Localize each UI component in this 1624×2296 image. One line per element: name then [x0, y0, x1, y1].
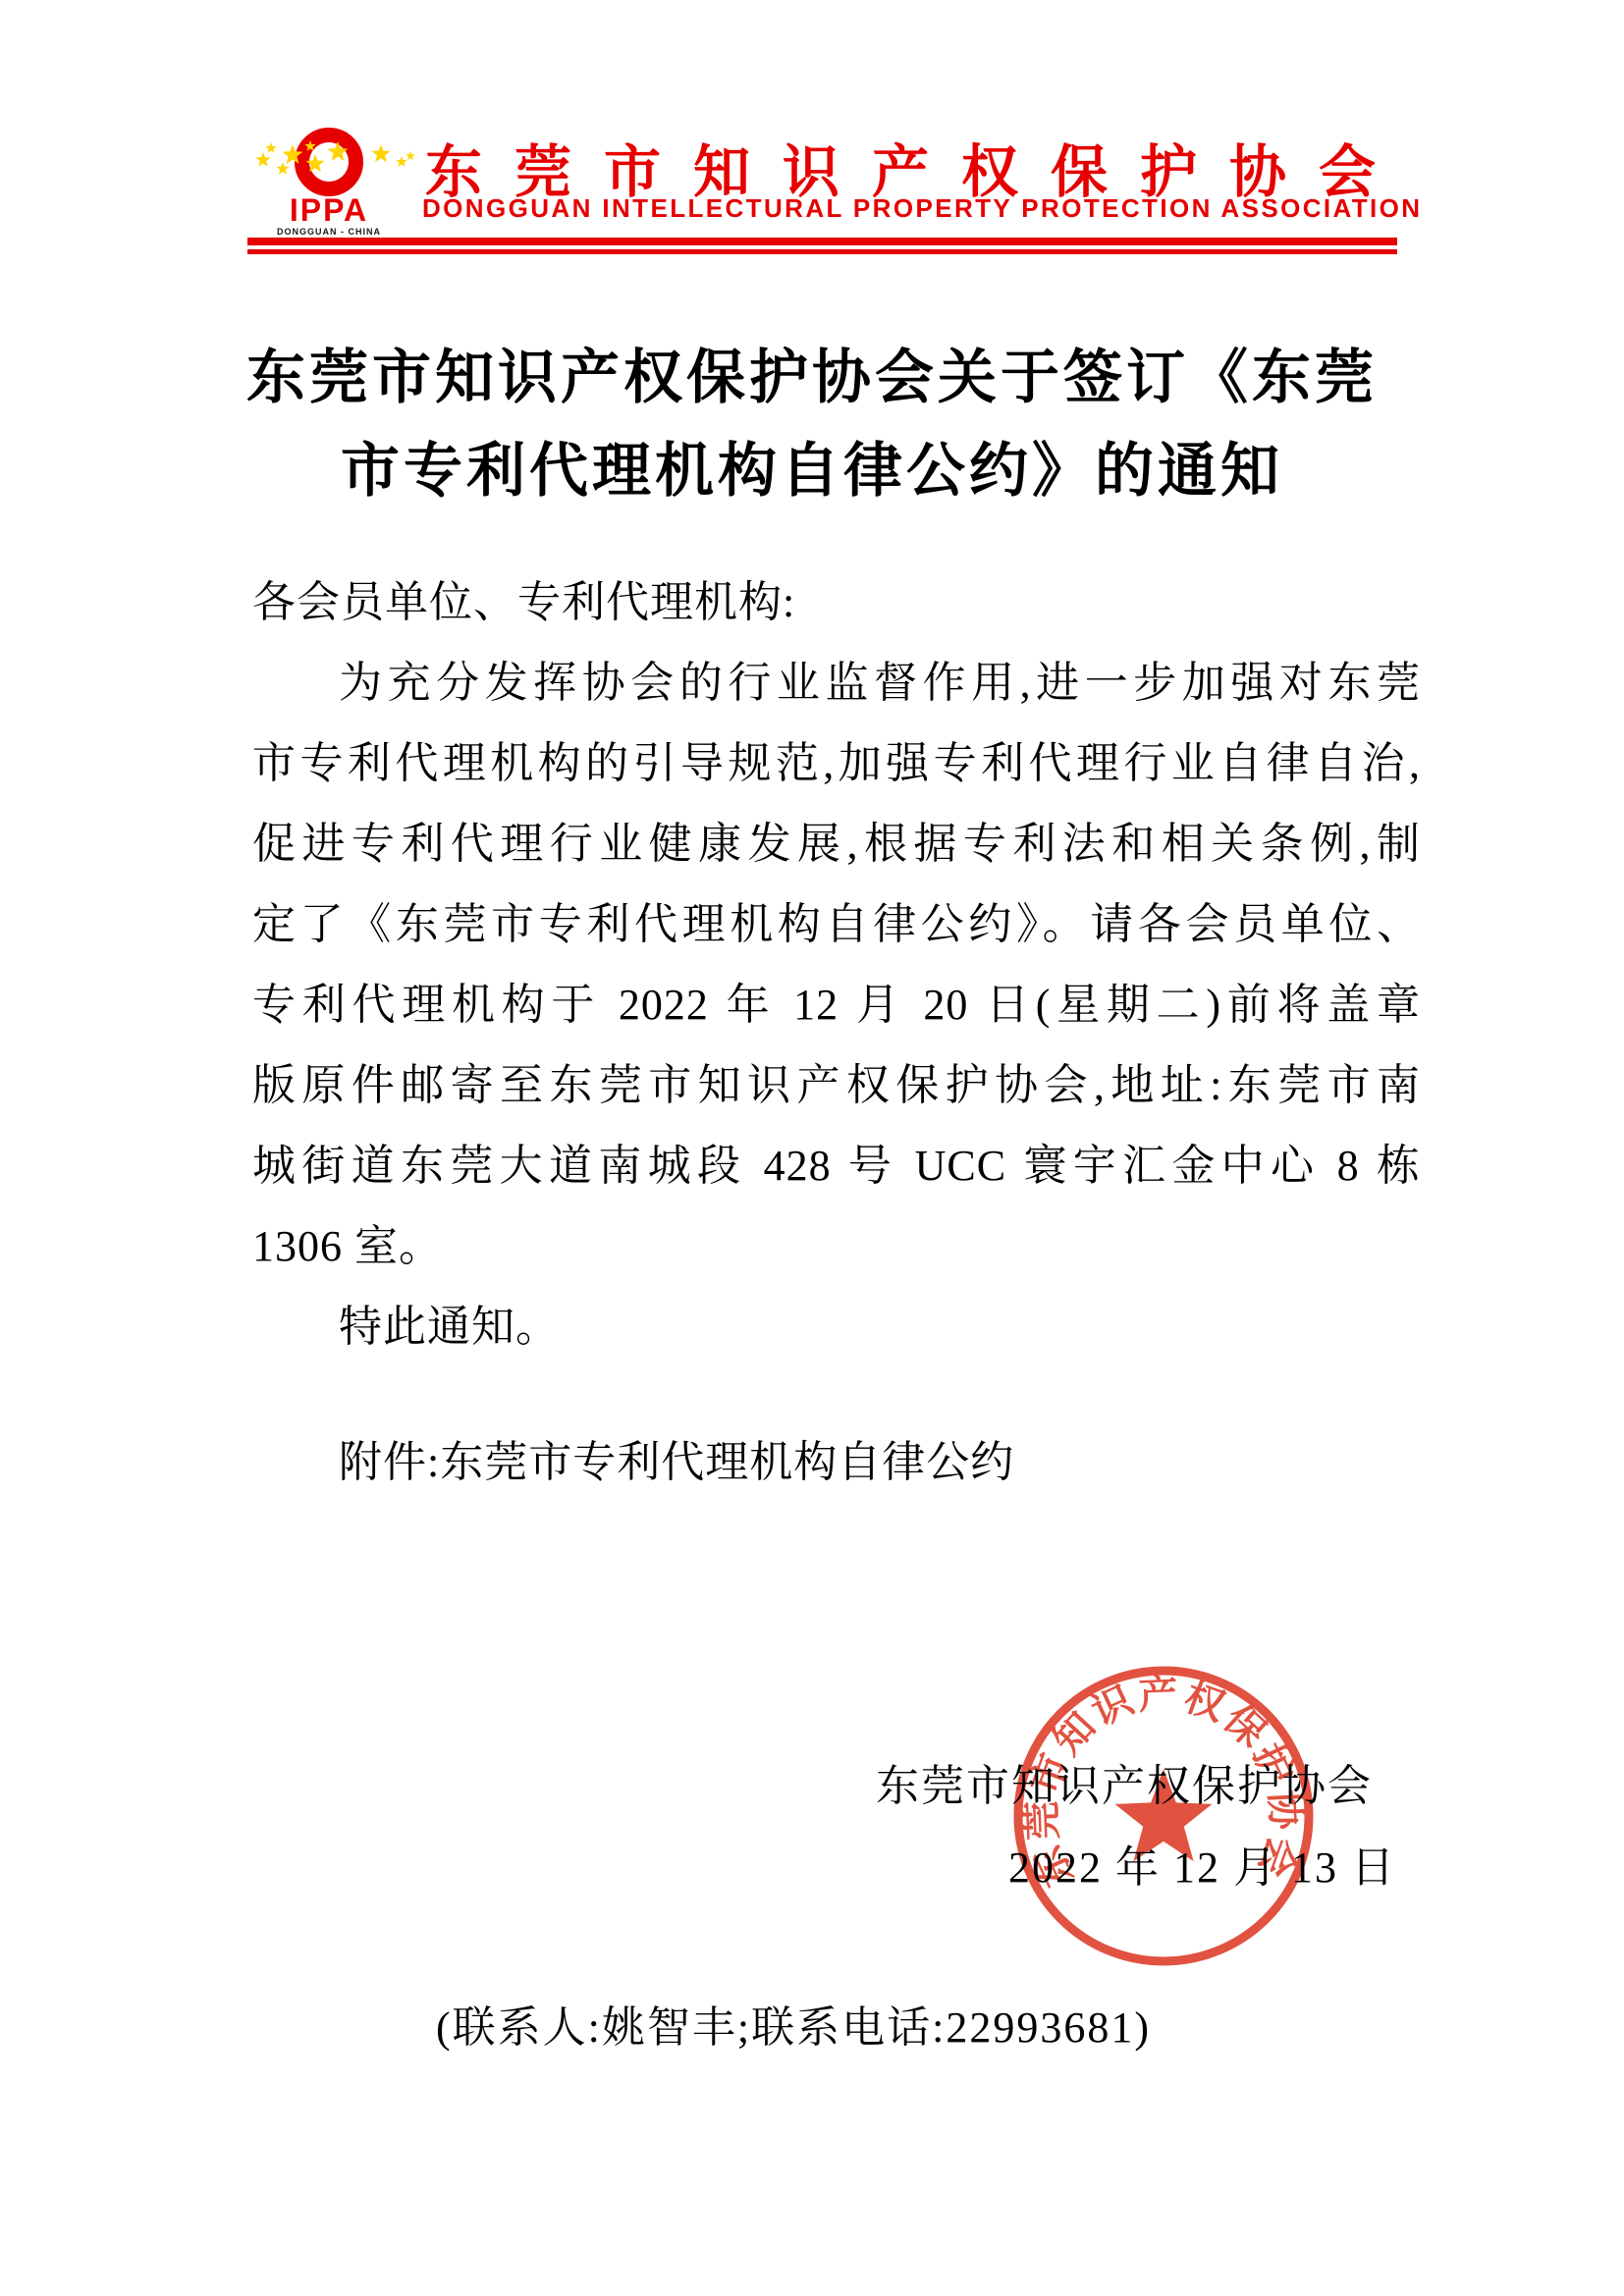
notice-document-page: IPPA DONGGUAN - CHINA 东莞市知识产权保护协会 DONGGU… — [0, 0, 1624, 2296]
salutation-line: 各会员单位、专利代理机构: — [252, 562, 1421, 643]
body-line: 1306 室。 — [252, 1206, 1421, 1287]
document-title: 东莞市知识产权保护协会关于签订《东莞 市专利代理机构自律公约》的通知 — [0, 332, 1624, 518]
body-line: 市专利代理机构的引导规范,加强专利代理行业自律自治, — [252, 723, 1421, 804]
document-title-line2: 市专利代理机构自律公约》的通知 — [0, 425, 1624, 518]
logo-stars-icon — [255, 140, 414, 175]
letterhead-rule-thick — [247, 238, 1397, 245]
letterhead-rule-thin — [247, 249, 1397, 254]
logo-ippa-label: IPPA — [290, 192, 368, 228]
official-seal-stamp: 东莞市知识产权保护协会 — [997, 1649, 1330, 1983]
notice-body: 各会员单位、专利代理机构: 为充分发挥协会的行业监督作用,进一步加强对东莞 市专… — [252, 562, 1421, 1367]
org-name-english: DONGGUAN INTELLECTURAL PROPERTY PROTECTI… — [422, 193, 1404, 224]
ippa-logo: IPPA DONGGUAN - CHINA — [241, 113, 437, 242]
signature-org: 东莞市知识产权保护协会 — [876, 1763, 1373, 1810]
closing-line: 特此通知。 — [252, 1287, 1421, 1367]
attachment-line: 附件:东莞市专利代理机构自律公约 — [252, 1430, 1421, 1495]
body-line: 定了《东莞市专利代理机构自律公约》。请各会员单位、 — [252, 884, 1421, 965]
body-line: 促进专利代理行业健康发展,根据专利法和相关条例,制 — [252, 804, 1421, 884]
logo-region-label: DONGGUAN - CHINA — [277, 227, 381, 237]
signature-date: 2022 年 12 月 13 日 — [1008, 1844, 1396, 1892]
contact-line: (联系人:姚智丰;联系电话:22993681) — [436, 2003, 1151, 2053]
body-line: 版原件邮寄至东莞市知识产权保护协会,地址:东莞市南 — [252, 1045, 1421, 1126]
document-title-line1: 东莞市知识产权保护协会关于签订《东莞 — [0, 332, 1624, 425]
body-line: 专利代理机构于 2022 年 12 月 20 日(星期二)前将盖章 — [252, 965, 1421, 1045]
body-line: 为充分发挥协会的行业监督作用,进一步加强对东莞 — [252, 643, 1421, 723]
body-line: 城街道东莞大道南城段 428 号 UCC 寰宇汇金中心 8 栋 — [252, 1126, 1421, 1206]
